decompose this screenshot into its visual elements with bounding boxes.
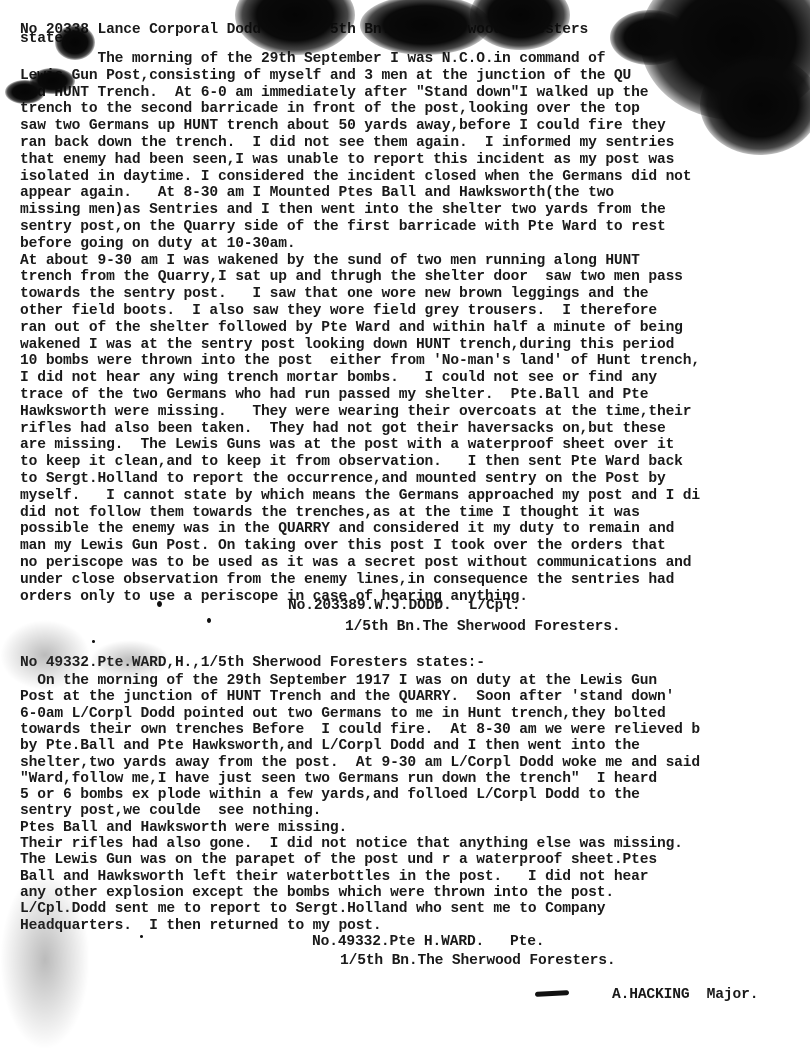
statement-1-body-line: did not follow them towards the trenches… xyxy=(20,505,640,521)
statement-2-body-line: Their rifles had also gone. I did not no… xyxy=(20,836,683,852)
statement-1-body-line: Lewis Gun Post,consisting of myself and … xyxy=(20,68,631,84)
statement-1-body-line: to keep it clean,and to keep it from obs… xyxy=(20,454,683,470)
ink-blot xyxy=(700,55,810,155)
statement-1-body-line: other field boots. I also saw they wore … xyxy=(20,303,657,319)
statement-1-body-line: possible the enemy was in the QUARRY and… xyxy=(20,521,674,537)
ink-speck xyxy=(92,640,95,643)
statement-2-signature-name: No.49332.Pte H.WARD. Pte. xyxy=(312,934,544,950)
statement-2-body-line: "Ward,follow me,I have just seen two Ger… xyxy=(20,771,657,787)
statement-1-body-line: trench from the Quarry,I sat up and thru… xyxy=(20,269,683,285)
statement-1-body-line: Hawksworth were missing. They were weari… xyxy=(20,404,691,420)
statement-1-body-line: no periscope was to be used as it was a … xyxy=(20,555,691,571)
ink-blot xyxy=(610,10,690,65)
statement-1-body-line: rifles had also been taken. They had not… xyxy=(20,421,666,437)
statement-1-signature-unit: 1/5th Bn.The Sherwood Foresters. xyxy=(345,619,620,635)
statement-1-body-line: trench to the second barricade in front … xyxy=(20,101,640,117)
statement-1-body-line: missing men)as Sentries and I then went … xyxy=(20,202,666,218)
statement-1-body-line: ran back down the trench. I did not see … xyxy=(20,135,674,151)
statement-2-body-line: On the morning of the 29th September 191… xyxy=(20,673,657,689)
statement-1-body-line: saw two Germans up HUNT trench about 50 … xyxy=(20,118,666,134)
statement-1-body-line: trace of the two Germans who had run pas… xyxy=(20,387,648,403)
countersign-major: A.HACKING Major. xyxy=(612,987,758,1003)
ink-speck xyxy=(207,618,211,623)
statement-1-body-line: myself. I cannot state by which means th… xyxy=(20,488,700,504)
statement-1-body-line: man my Lewis Gun Post. On taking over th… xyxy=(20,538,666,554)
statement-2-body-line: The Lewis Gun was on the parapet of the … xyxy=(20,852,657,868)
statement-1-body-line: appear again. At 8-30 am I Mounted Ptes … xyxy=(20,185,614,201)
statement-1-body-line: 10 bombs were thrown into the post eithe… xyxy=(20,353,700,369)
ink-speck xyxy=(140,935,143,938)
statement-2-body-line: any other explosion except the bombs whi… xyxy=(20,885,614,901)
statement-2-body-line: Ptes Ball and Hawksworth were missing. xyxy=(20,820,347,836)
statement-2-body-line: shelter,two yards away from the post. At… xyxy=(20,755,700,771)
statement-1-body-line: are missing. The Lewis Guns was at the p… xyxy=(20,437,674,453)
statement-2-body-line: L/Cpl.Dodd sent me to report to Sergt.Ho… xyxy=(20,901,605,917)
statement-1-body-line: to Sergt.Holland to report the occurrenc… xyxy=(20,471,666,487)
statement-1-body-line: under close observation from the enemy l… xyxy=(20,572,674,588)
statement-2-body-line: 5 or 6 bombs ex plode within a few yards… xyxy=(20,787,640,803)
statement-2-signature-unit: 1/5th Bn.The Sherwood Foresters. xyxy=(340,953,615,969)
statement-1-signature-name: No.203389.W.J.DODD. L/Cpl. xyxy=(288,598,520,614)
statement-1-body-line: towards the sentry post. I saw that one … xyxy=(20,286,648,302)
statement-1-header-line-1: No 20338 Lance Corporal Dodd W.J.,1/5th … xyxy=(20,22,588,38)
statement-1-body-line: I did not hear any wing trench mortar bo… xyxy=(20,370,657,386)
statement-2-body-line: Headquarters. I then returned to my post… xyxy=(20,918,382,934)
statement-1-body-line: At about 9-30 am I was wakened by the su… xyxy=(20,253,640,269)
statement-2-header: No 49332.Pte.WARD,H.,1/5th Sherwood Fore… xyxy=(20,655,485,671)
statement-2-body-line: by Pte.Ball and Pte Hawksworth,and L/Cor… xyxy=(20,738,640,754)
statement-1-header-line-2: states: xyxy=(20,31,80,47)
ink-blot xyxy=(640,0,810,120)
statement-1-body-line: sentry post,on the Quarry side of the fi… xyxy=(20,219,666,235)
statement-2-body-line: 6-0am L/Corpl Dodd pointed out two Germa… xyxy=(20,706,666,722)
statement-1-body-line: ran out of the shelter followed by Pte W… xyxy=(20,320,683,336)
statement-1-body-line: The morning of the 29th September I was … xyxy=(20,51,605,67)
statement-1-body-line: before going on duty at 10-30am. xyxy=(20,236,295,252)
typed-statement-page: No 20338 Lance Corporal Dodd W.J.,1/5th … xyxy=(0,0,810,1048)
statement-1-body-line: that enemy had been seen,I was unable to… xyxy=(20,152,674,168)
statement-1-body-line: and HUNT Trench. At 6-0 am immediately a… xyxy=(20,85,648,101)
statement-2-body-line: Post at the junction of HUNT Trench and … xyxy=(20,689,674,705)
statement-2-body-line: Ball and Hawksworth left their waterbott… xyxy=(20,869,648,885)
statement-1-body-line: isolated in daytime. I considered the in… xyxy=(20,169,691,185)
statement-2-body-line: sentry post,we coulde see nothing. xyxy=(20,803,321,819)
signature-flourish xyxy=(535,990,569,997)
statement-2-body-line: towards their own trenches Before I coul… xyxy=(20,722,700,738)
statement-1-body-line: wakened I was at the sentry post looking… xyxy=(20,337,674,353)
